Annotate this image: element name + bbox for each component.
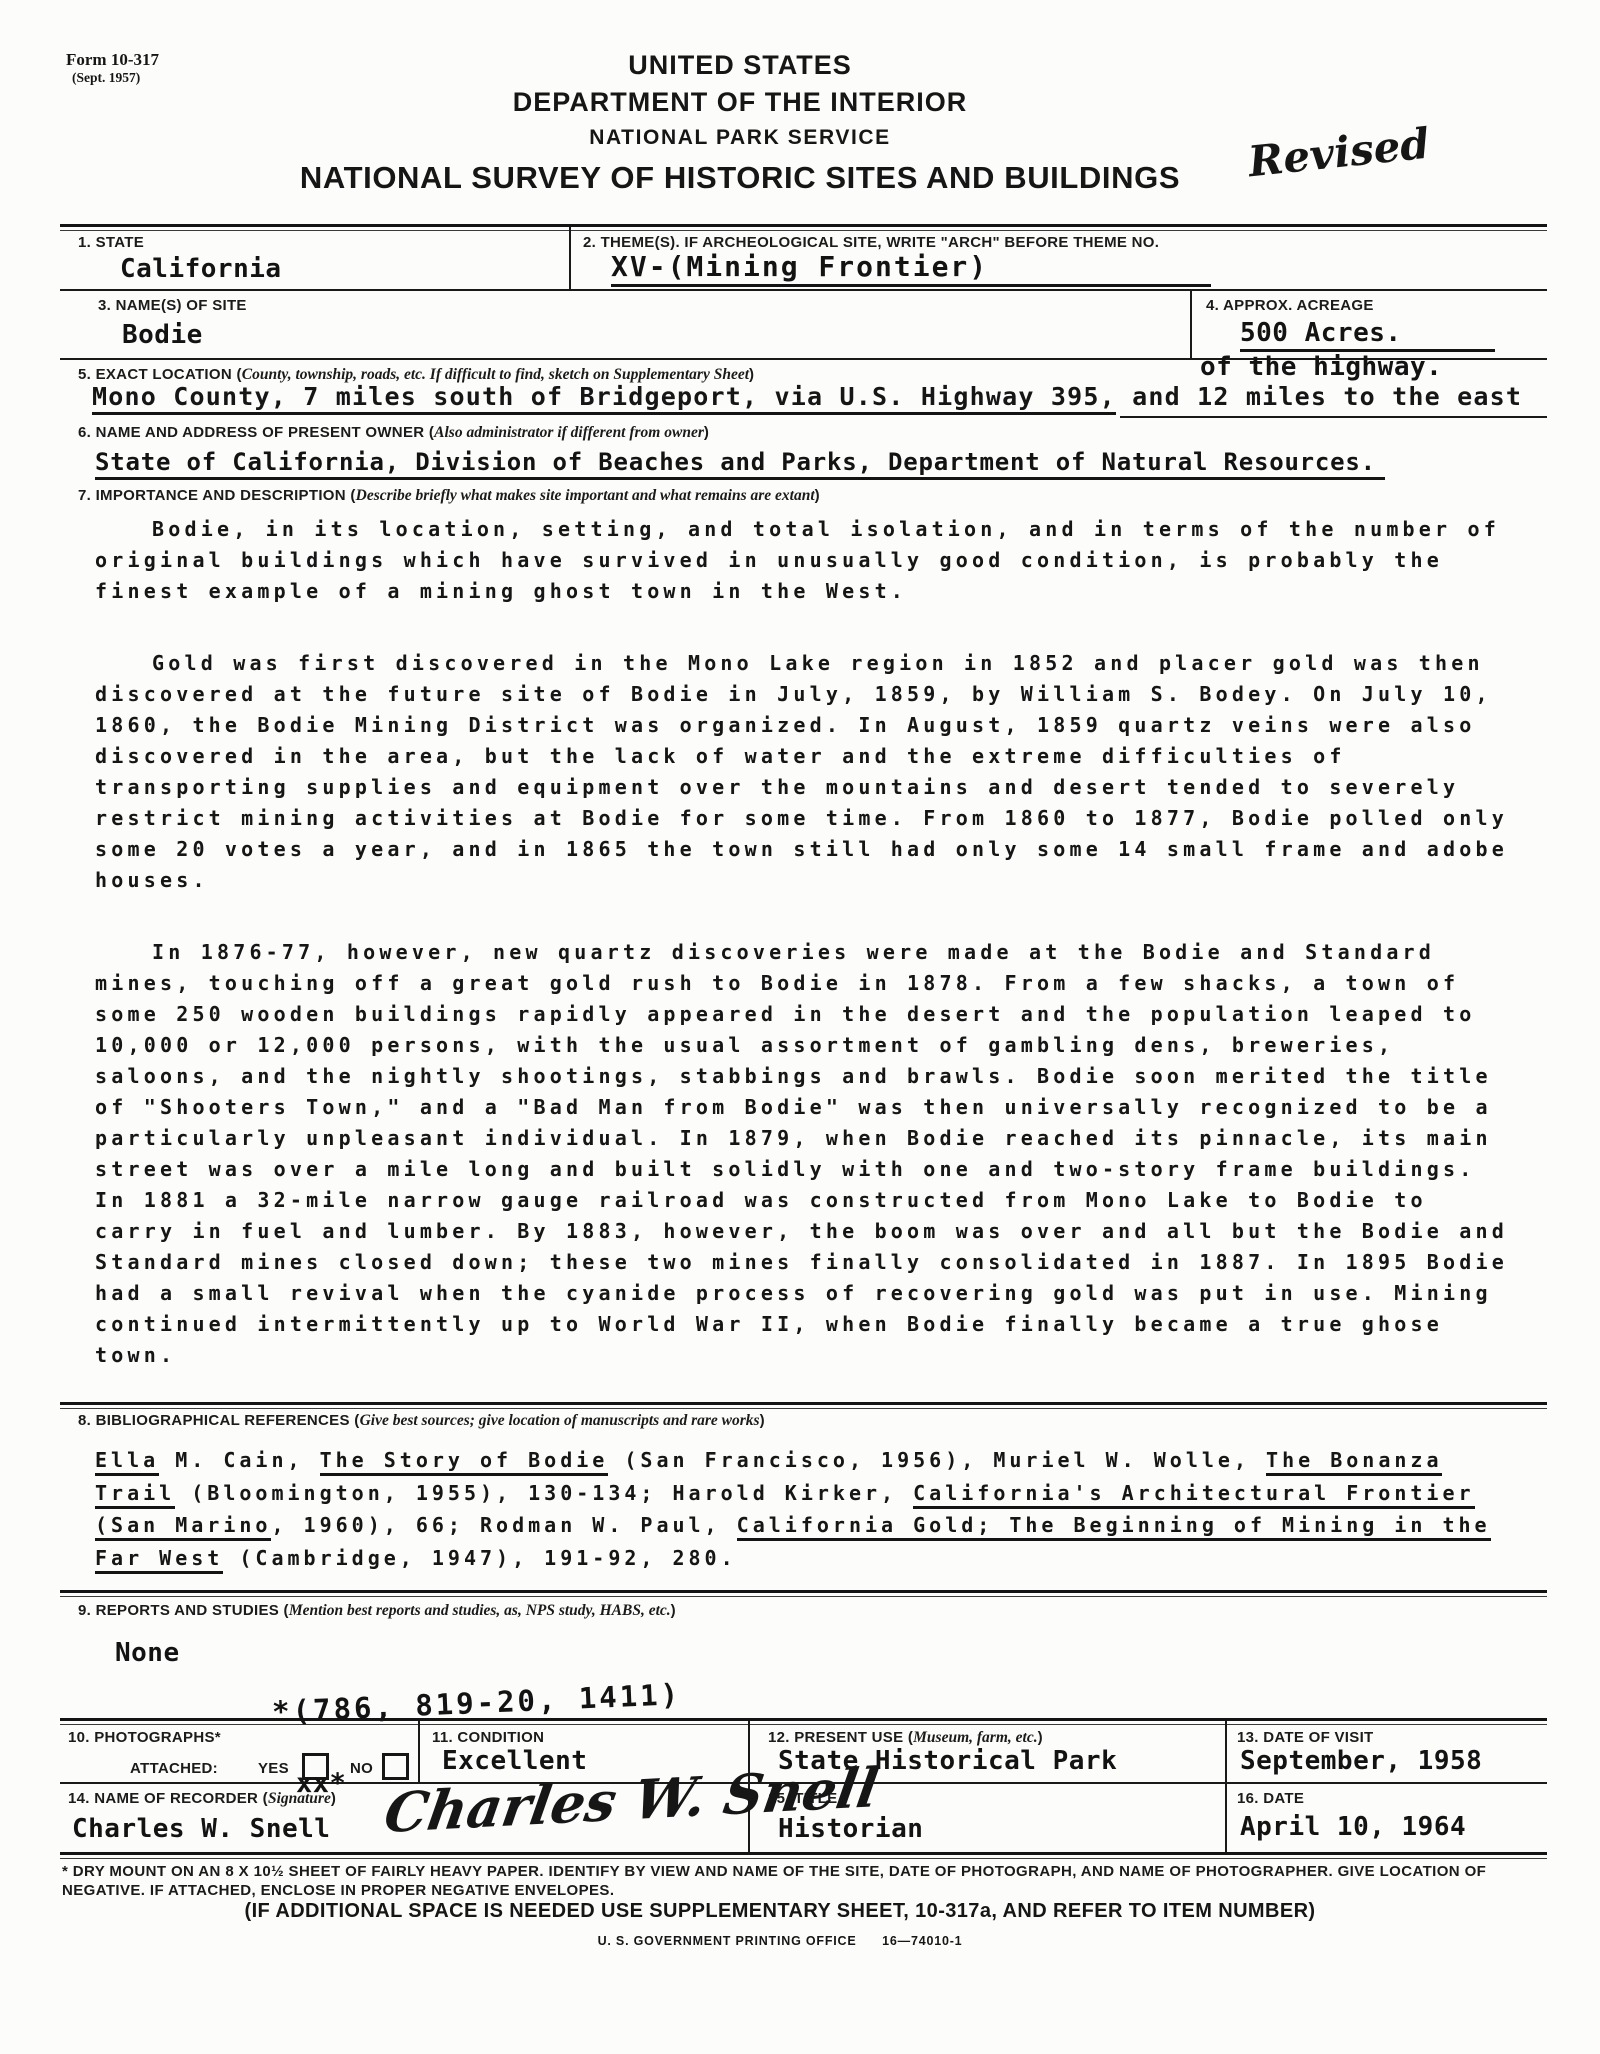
description-paragraph-2: Gold was first discovered in the Mono La… <box>95 648 1515 896</box>
divider-15-16 <box>1225 1782 1227 1852</box>
field-1-value: California <box>120 254 282 284</box>
field-7-label-paren: Describe briefly what makes site importa… <box>356 487 815 504</box>
attached-no-label: NO <box>350 1760 373 1777</box>
field-16-label: 16. DATE <box>1237 1790 1304 1807</box>
field-6-value: State of California, Division of Beaches… <box>95 448 1385 480</box>
field-12-label: 12. PRESENT USE (Museum, farm, etc.) <box>768 1729 1043 1747</box>
attached-no-checkbox[interactable] <box>382 1753 409 1780</box>
field-12-label-main: 12. PRESENT USE ( <box>768 1729 913 1746</box>
field-5-value: Mono County, 7 miles south of Bridgeport… <box>92 382 1522 411</box>
divider-name-acreage <box>1190 291 1192 358</box>
field-14-label-main: 14. NAME OF RECORDER ( <box>68 1790 268 1807</box>
field-12-label-paren: Museum, farm, etc. <box>913 1729 1037 1746</box>
field-10-label: 10. PHOTOGRAPHS* <box>68 1729 221 1746</box>
scanned-form-page: Form 10-317 (Sept. 1957) UNITED STATES D… <box>0 0 1600 2054</box>
supplementary-sheet-note: (IF ADDITIONAL SPACE IS NEEDED USE SUPPL… <box>0 1900 1560 1923</box>
text-segment: (Bloomington, 1955), 130-134; Harold Kir… <box>175 1481 913 1505</box>
field-9-value: None <box>115 1638 180 1668</box>
header-rule <box>60 224 1547 231</box>
description-paragraph-1: Bodie, in its location, setting, and tot… <box>95 514 1515 607</box>
header-department: DEPARTMENT OF THE INTERIOR <box>0 87 1480 118</box>
field-9-label-paren: Mention best reports and studies, as, NP… <box>289 1602 671 1619</box>
description-paragraph-3: In 1876-77, however, new quartz discover… <box>95 937 1515 1371</box>
underlined-text-segment: California's Architectural Frontier <box>913 1481 1474 1509</box>
bibliography-text: Ella M. Cain, The Story of Bodie (San Fr… <box>95 1444 1515 1574</box>
field-9-label-main: 9. REPORTS AND STUDIES ( <box>78 1602 289 1619</box>
field-3-value: Bodie <box>122 320 203 350</box>
field-8-label: 8. BIBLIOGRAPHICAL REFERENCES (Give best… <box>78 1412 765 1430</box>
underlined-text-segment: Ella <box>95 1448 159 1476</box>
section-9-rule <box>60 1590 1547 1597</box>
field-5-carryover-text: of the highway. <box>1200 352 1442 382</box>
row1-bottom-rule <box>60 289 1547 291</box>
field-6-label-main: 6. NAME AND ADDRESS OF PRESENT OWNER ( <box>78 424 434 441</box>
field-6-label-paren: Also administrator if different from own… <box>434 424 704 441</box>
field-8-label-close: ) <box>760 1412 765 1429</box>
field-4-value: 500 Acres. <box>1240 318 1495 352</box>
table-bottom-rule <box>60 1852 1547 1859</box>
field-8-label-paren: Give best sources; give location of manu… <box>360 1412 760 1429</box>
field-14-value: Charles W. Snell <box>72 1814 330 1844</box>
divider-12-13 <box>1225 1721 1227 1782</box>
row3-bottom-rule <box>1120 416 1547 418</box>
field-9-label: 9. REPORTS AND STUDIES (Mention best rep… <box>78 1602 676 1620</box>
field-8-label-main: 8. BIBLIOGRAPHICAL REFERENCES ( <box>78 1412 360 1429</box>
field-7-label: 7. IMPORTANCE AND DESCRIPTION (Describe … <box>78 487 820 505</box>
dry-mount-footnote: * DRY MOUNT ON AN 8 X 10½ SHEET OF FAIRL… <box>62 1862 1549 1900</box>
field-3-label: 3. NAME(S) OF SITE <box>98 297 247 314</box>
field-5-label-paren: County, township, roads, etc. If difficu… <box>242 366 749 383</box>
field-7-label-close: ) <box>815 487 820 504</box>
field-12-label-close: ) <box>1038 1729 1043 1746</box>
field-11-label: 11. CONDITION <box>432 1729 544 1746</box>
text-segment: (San Francisco, 1956), Muriel W. Wolle, <box>608 1448 1266 1472</box>
underlined-text-segment: Mono County, 7 miles south of Bridgeport… <box>92 382 1116 415</box>
field-7-label-main: 7. IMPORTANCE AND DESCRIPTION ( <box>78 487 356 504</box>
header-united-states: UNITED STATES <box>0 50 1480 81</box>
field-4-label: 4. APPROX. ACREAGE <box>1206 297 1374 314</box>
text-segment: M. Cain, <box>159 1448 319 1472</box>
divider-state-theme <box>569 227 571 289</box>
divider-10-11 <box>418 1721 420 1782</box>
attached-yes-label: YES <box>258 1760 289 1777</box>
importance-description-text: Bodie, in its location, setting, and tot… <box>95 514 1515 1412</box>
field-5-label-main: 5. EXACT LOCATION ( <box>78 366 242 383</box>
attached-label: ATTACHED: <box>130 1760 218 1777</box>
field-6-label: 6. NAME AND ADDRESS OF PRESENT OWNER (Al… <box>78 424 709 442</box>
text-segment: and 12 miles to the east <box>1116 382 1522 411</box>
field-13-value: September, 1958 <box>1240 1746 1482 1776</box>
gpo-imprint-line: U. S. GOVERNMENT PRINTING OFFICE 16—7401… <box>0 1934 1560 1948</box>
field-5-label-close: ) <box>749 366 754 383</box>
field-9-label-close: ) <box>671 1602 676 1619</box>
field-1-label: 1. STATE <box>78 234 144 251</box>
attached-yes-mark: xx* <box>296 1768 346 1799</box>
text-segment: (Cambridge, 1947), 191-92, 280. <box>223 1546 736 1570</box>
field-2-value: XV-(Mining Frontier) <box>611 250 1211 287</box>
section-8-rule <box>60 1402 1547 1409</box>
field-2-label: 2. THEME(S). IF ARCHEOLOGICAL SITE, WRIT… <box>583 234 1159 251</box>
underlined-text-segment: The Story of Bodie <box>320 1448 609 1476</box>
field-13-label: 13. DATE OF VISIT <box>1237 1729 1374 1746</box>
underlined-text-segment: (San Marino <box>95 1513 271 1541</box>
field-16-value: April 10, 1964 <box>1240 1812 1466 1842</box>
text-segment: , 1960), 66; Rodman W. Paul, <box>271 1513 736 1537</box>
field-6-label-close: ) <box>704 424 709 441</box>
